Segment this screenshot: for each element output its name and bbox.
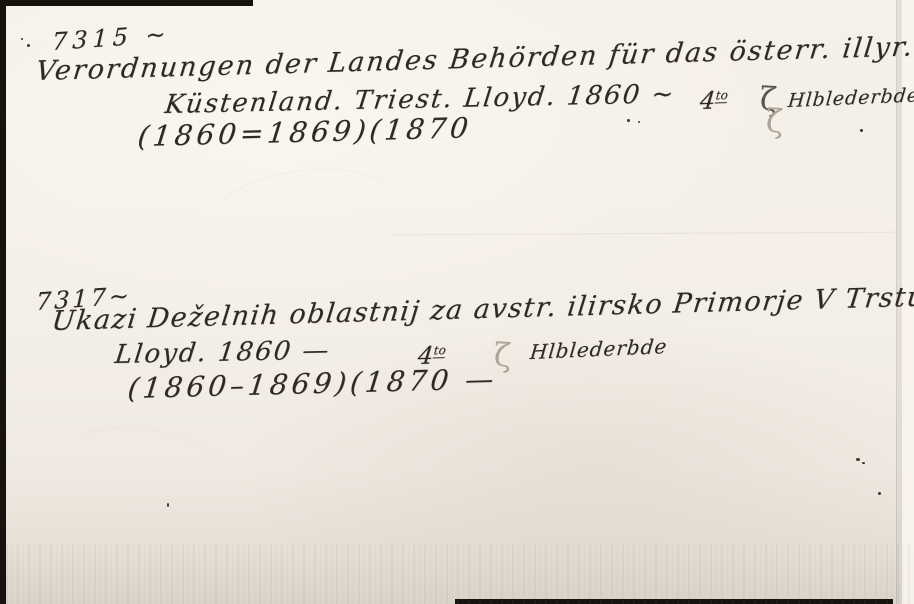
entry-7315-number: 7315 ~ [52, 20, 172, 56]
scan-edge-left [0, 0, 6, 604]
entry-7317-title: Ukazi Deželnih oblastnij za avstr. ilirs… [50, 282, 914, 338]
entry-7317-imprint: Lloyd. 1860 — [113, 335, 332, 370]
show-through-mark [53, 412, 248, 537]
ink-speck [638, 121, 640, 123]
show-through-arc [188, 155, 423, 304]
entry-7317-binding-note: Hlblederbde [529, 334, 669, 364]
format-superscript: to [433, 343, 447, 358]
pencil-brace-mark-faint: ζ [765, 102, 784, 141]
show-through-line [390, 232, 895, 236]
ink-speck [860, 129, 863, 132]
paper-bottom-texture [6, 544, 914, 604]
ink-speck [27, 44, 30, 47]
ink-speck [627, 119, 630, 122]
scan-edge-top [0, 0, 253, 6]
ink-speck [856, 458, 860, 461]
format-superscript: to [715, 88, 729, 103]
ink-speck [167, 503, 169, 507]
ink-speck [21, 38, 23, 40]
entry-7317-years: (1860–1869)(1870 — [126, 362, 499, 405]
entry-7315-binding-note: Hlblederbde [787, 84, 914, 112]
ink-speck [862, 462, 865, 464]
ink-speck [878, 492, 881, 495]
scanned-catalog-page: 7315 ~ Verordnungen der Landes Behörden … [0, 0, 914, 604]
entry-7315-format: 4to [699, 86, 729, 115]
